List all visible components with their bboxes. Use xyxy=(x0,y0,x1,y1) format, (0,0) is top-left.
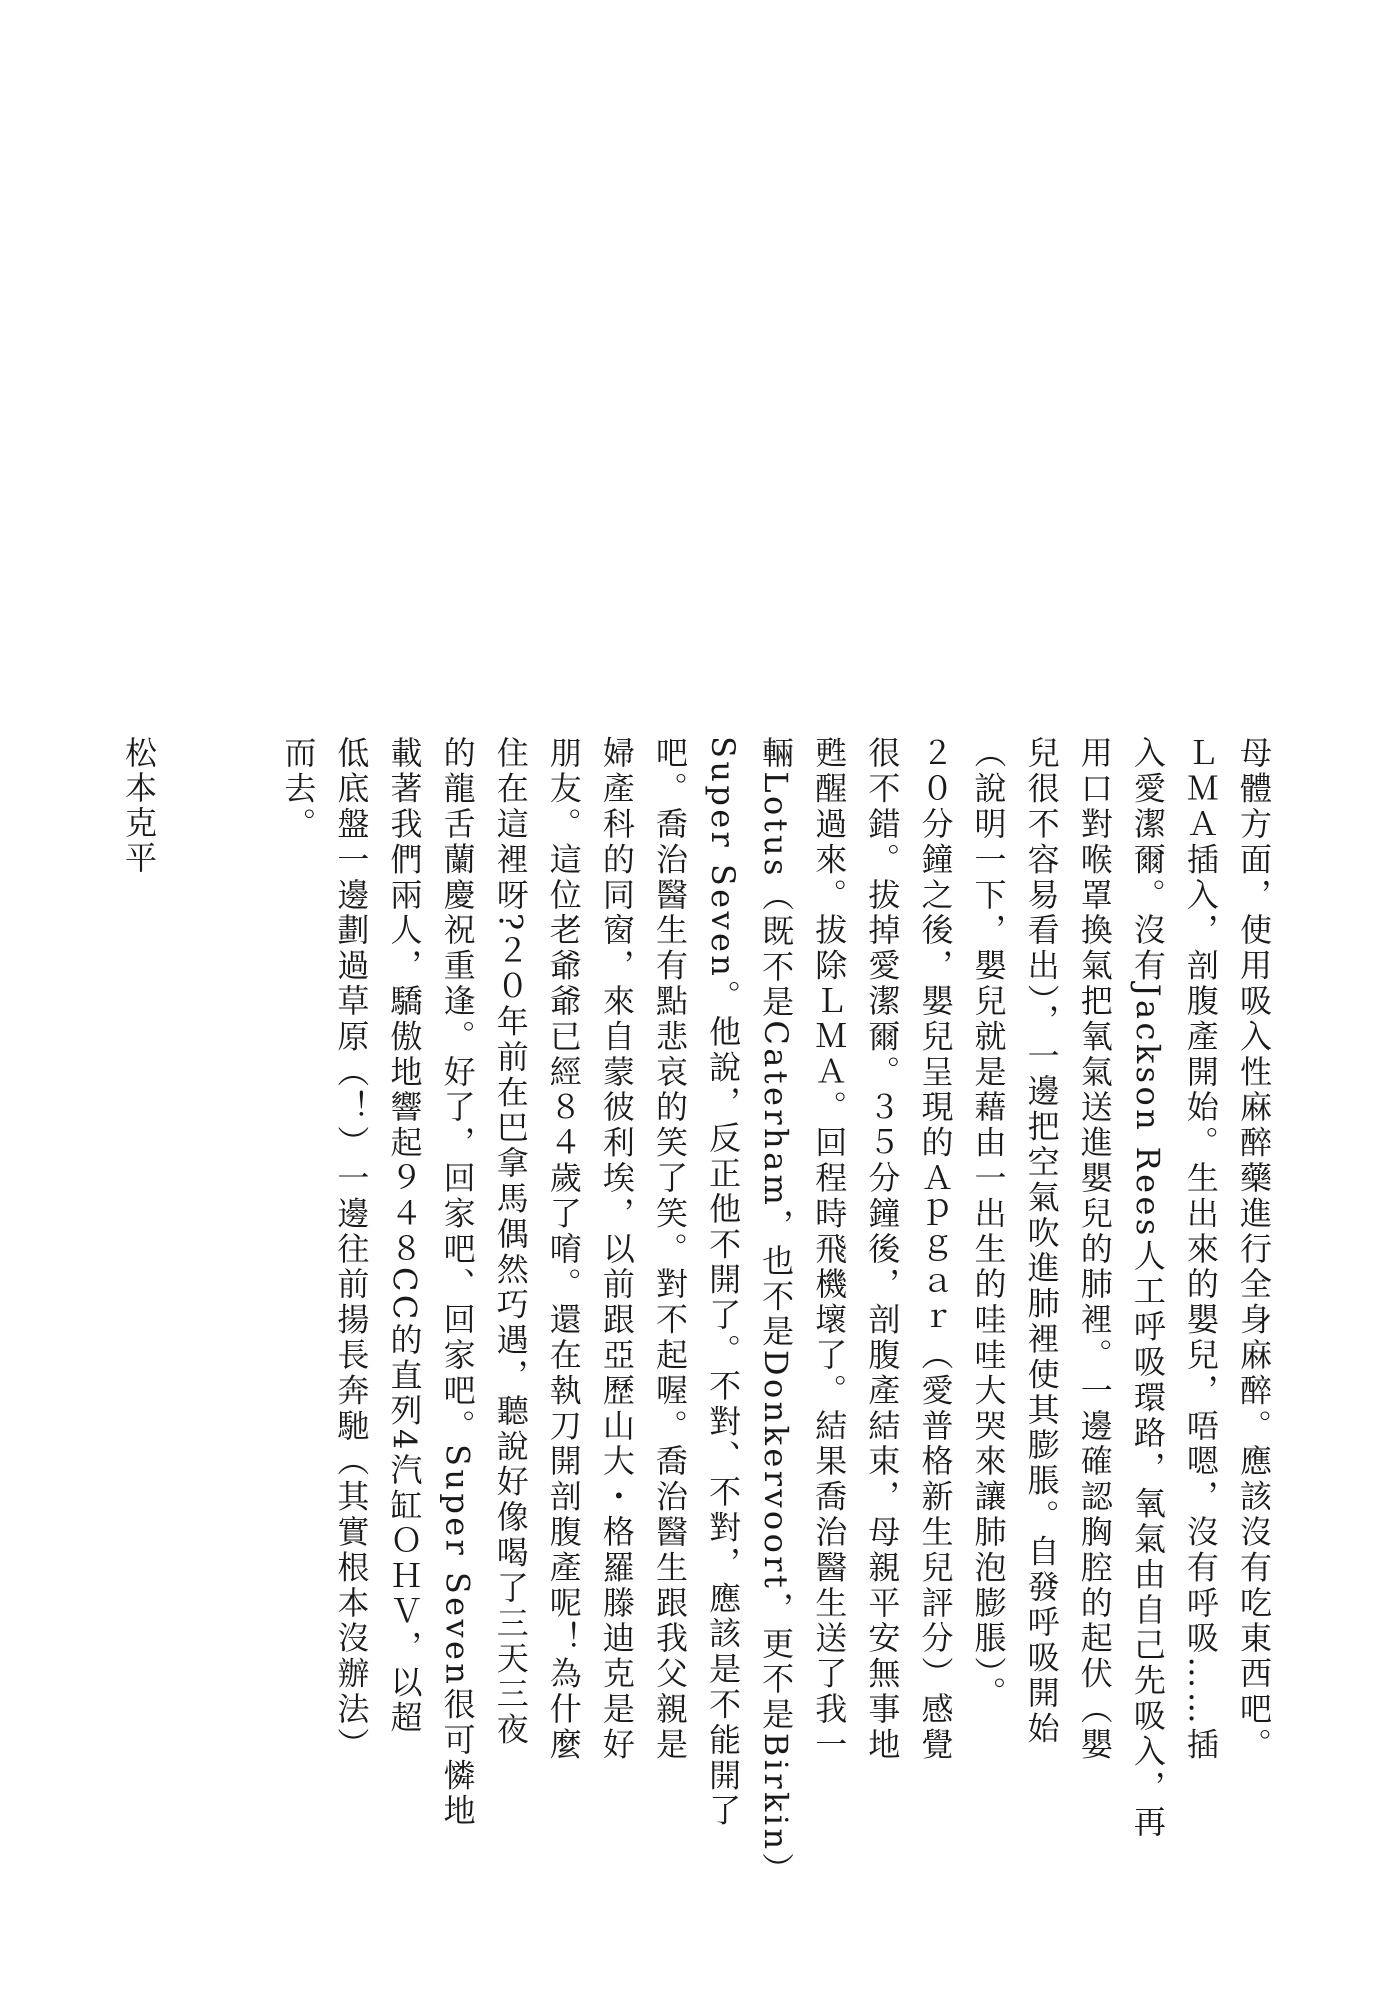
text-column-18: 低底盤一邊劃過草原（！）一邊往前揚長奔馳（其實根本沒辦法） xyxy=(324,736,377,1746)
text-column-3: 入愛潔爾。沒有Jackson Rees人工呼吸環路，氧氣由自己先吸入，再 xyxy=(1121,736,1174,1746)
text-column-2: ＬＭＡ插入，剖腹產開始。生出來的嬰兒，唔嗯，沒有呼吸……插 xyxy=(1174,736,1227,1746)
author-name: 松本克平 xyxy=(118,736,160,876)
text-column-5: 兒很不容易看出），一邊把空氣吹進肺裡使其膨脹。自發呼吸開始 xyxy=(1015,736,1068,1746)
text-column-16: 的龍舌蘭慶祝重逢。好了，回家吧、回家吧。Super Seven很可憐地 xyxy=(431,736,484,1746)
text-column-17: 載著我們兩人，驕傲地響起９４８CC的直列4汽缸ＯＨＶ，以超 xyxy=(377,736,430,1746)
text-column-8: 很不錯。拔掉愛潔爾。３５分鐘後，剖腹產結束，母親平安無事地 xyxy=(855,736,908,1746)
text-column-1: 母體方面，使用吸入性麻醉藥進行全身麻醉。應該沒有吃東西吧。 xyxy=(1227,736,1280,1746)
text-column-9: 甦醒過來。拔除ＬＭＡ。回程時飛機壞了。結果喬治醫生送了我一 xyxy=(802,736,855,1746)
text-column-13: 婦產科的同窗，來自蒙彼利埃，以前跟亞歷山大・格羅滕迪克是好 xyxy=(590,736,643,1746)
book-page: 母體方面，使用吸入性麻醉藥進行全身麻醉。應該沒有吃東西吧。 ＬＭＡ插入，剖腹產開… xyxy=(0,0,1400,1990)
body-text: 母體方面，使用吸入性麻醉藥進行全身麻醉。應該沒有吃東西吧。 ＬＭＡ插入，剖腹產開… xyxy=(271,736,1280,1746)
text-column-11: Super Seven。他說，反正他不開了。不對、不對，應該是不能開了 xyxy=(696,736,749,1746)
text-column-4: 用口對喉罩換氣把氧氣送進嬰兒的肺裡。一邊確認胸腔的起伏（嬰 xyxy=(1068,736,1121,1746)
text-column-14: 朋友。這位老爺爺已經８４歲了唷。還在執刀開剖腹產呢！為什麼 xyxy=(537,736,590,1746)
text-column-15: 住在這裡呀?２０年前在巴拿馬偶然巧遇，聽說好像喝了三天三夜 xyxy=(484,736,537,1746)
text-column-10: 輛Lotus（既不是Caterham，也不是Donkervoort，更不是Bir… xyxy=(749,736,802,1746)
text-column-7: ２０分鐘之後，嬰兒呈現的Ａｐｇａｒ（愛普格新生兒評分）感覺 xyxy=(908,736,961,1746)
text-column-19: 而去。 xyxy=(271,736,324,1746)
text-column-12: 吧。喬治醫生有點悲哀的笑了笑。對不起喔。喬治醫生跟我父親是 xyxy=(643,736,696,1746)
text-column-6: （說明一下，嬰兒就是藉由一出生的哇哇大哭來讓肺泡膨脹）。 xyxy=(961,736,1014,1746)
